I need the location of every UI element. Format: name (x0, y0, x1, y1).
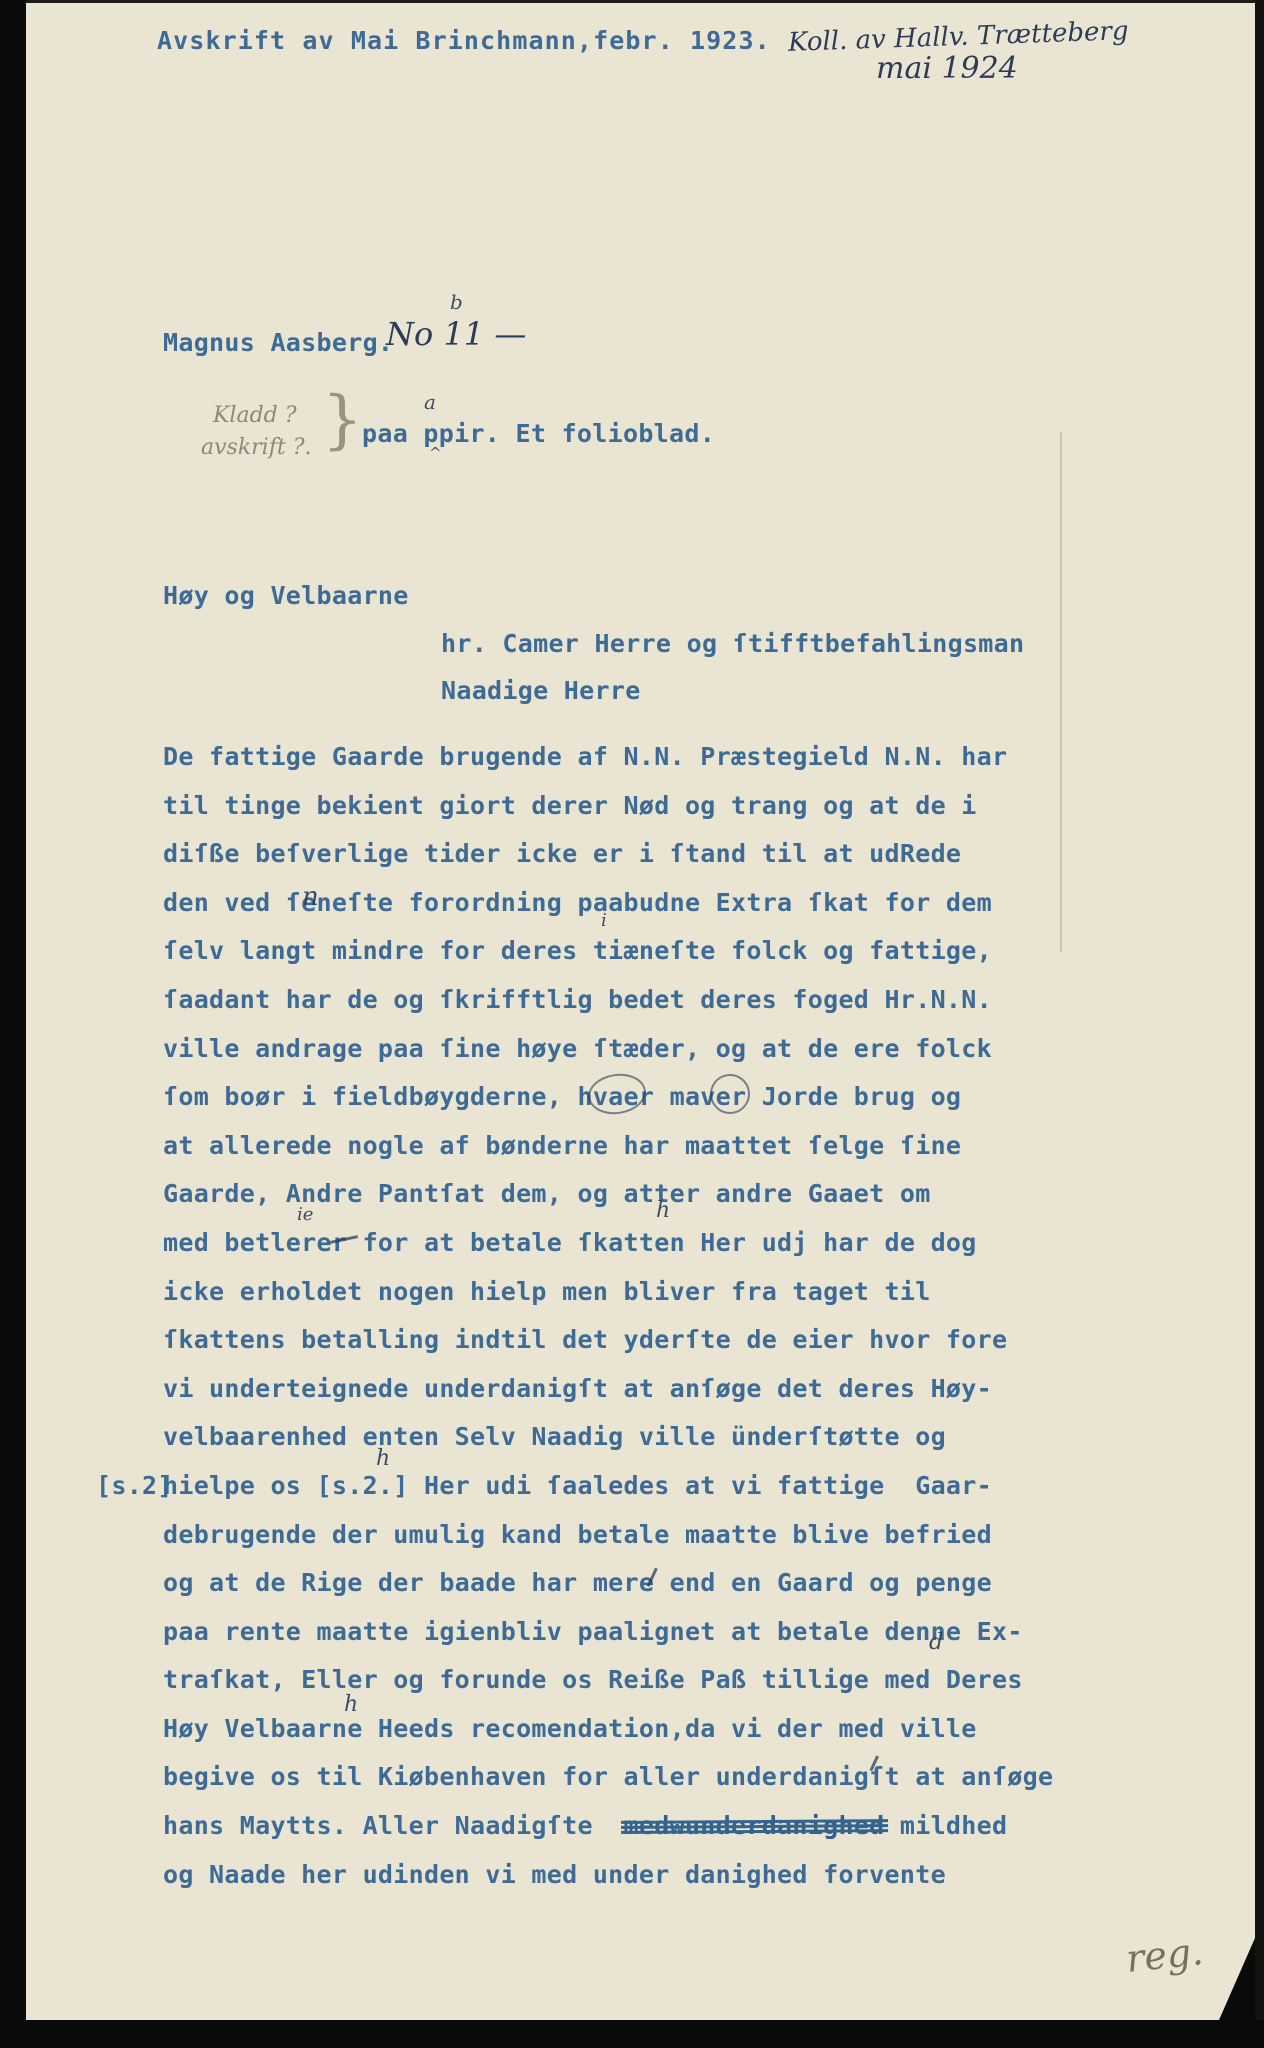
body-line: og at de Rige der baade har mere end en … (163, 1559, 1053, 1608)
body-line: paa rente maatte igienbliv paalignet at … (163, 1608, 1053, 1657)
scan-border-bottom (0, 2020, 1264, 2048)
scan-border-right (1255, 0, 1264, 2048)
body-line: og Naade her udinden vi med under danigh… (163, 1851, 1053, 1900)
handwritten-mark: h (344, 1694, 358, 1716)
paper-crease (1060, 432, 1062, 952)
body-line: ſkattens betalling indtil det yderſte de… (163, 1316, 1053, 1365)
body-line: hans Maytts. Aller Naadigſte medwunderda… (163, 1802, 1053, 1851)
body-lines: De fattige Gaarde brugende af N.N. Præst… (163, 733, 1053, 1899)
handwritten-mark: h (656, 1200, 670, 1222)
reference-typed-name: Magnus Aasberg. (163, 330, 393, 355)
handwritten-mark: ^ (429, 446, 442, 461)
struck-word: medwunderdanighed (624, 1811, 885, 1840)
body-line: ville andrage paa ſine høye ſtæder, og a… (163, 1025, 1053, 1074)
body-line: begive os til Kiøbenhaven for aller unde… (163, 1753, 1053, 1802)
page-margin-label: [s.2] (96, 1473, 173, 1498)
pencil-note-line1: Kladd ? (213, 405, 297, 427)
body-line: De fattige Gaarde brugende af N.N. Præst… (163, 733, 1053, 782)
body-line: icke erholdet nogen hielp men bliver fra… (163, 1268, 1053, 1317)
handwritten-mark: d (929, 1632, 943, 1654)
pencil-brace: } (322, 388, 363, 452)
salutation-line: hr. Camer Herre og ſtifftbefahlingsman (163, 620, 1024, 668)
scan-border-left (0, 0, 26, 2048)
body-line: til tinge bekient giort derer Nød og tra… (163, 782, 1053, 831)
scanned-document-page: Avskrift av Mai Brinchmann,febr. 1923. K… (0, 0, 1264, 2048)
handwritten-mark: n (302, 884, 319, 910)
paper-corner-cut (1219, 1938, 1255, 2020)
handwritten-mark: a (424, 392, 436, 412)
salutation-line: Høy og Velbaarne (163, 572, 1024, 620)
body-line: vi underteignede underdanigſt at anſøge … (163, 1365, 1053, 1414)
handwritten-mark: ie (297, 1206, 313, 1224)
body-line: den ved ſeneſte forordning paabudne Extr… (163, 879, 1053, 928)
body-line: traſkat, Eller og forunde os Reiße Paß t… (163, 1656, 1053, 1705)
body-line: at allerede nogle af bønderne har maatte… (163, 1122, 1053, 1171)
body-line: debrugende der umulig kand betale maatte… (163, 1511, 1053, 1560)
body-line: ſaadant har de og ſkrifftlig bedet deres… (163, 976, 1053, 1025)
footer-pencil-mark: reg. (1124, 1932, 1205, 1978)
body-line: diſße beſverlige tider icke er i ſtand t… (163, 830, 1053, 879)
salutation-line: Naadige Herre (163, 667, 1024, 715)
scan-border-top (0, 0, 1264, 3)
body-line: hielpe os [s.2.] Her udi ſaaledes at vi … (163, 1462, 1053, 1511)
handwritten-mark: i (601, 912, 607, 930)
handwritten-mark: h (376, 1448, 390, 1470)
pencil-note-line2: avskrift ?. (201, 437, 311, 459)
handwritten-mark: b (450, 292, 463, 312)
header-handwritten-date: mai 1924 (876, 54, 1018, 84)
body-line: velbaarenhed enten Selv Naadig ville ünd… (163, 1413, 1053, 1462)
body-line: med betlerer for at betale ſkatten Her u… (163, 1219, 1053, 1268)
note-typed-line: paa ppir. Et folioblad. (362, 421, 715, 446)
salutation: Høy og Velbaarnehr. Camer Herre og ſtiff… (163, 572, 1024, 715)
header-typed-line: Avskrift av Mai Brinchmann,febr. 1923. (157, 28, 771, 53)
body-line: ſelv langt mindre for deres tiæneſte fol… (163, 927, 1053, 976)
body-line: Høy Velbaarne Heeds recomendation,da vi … (163, 1705, 1053, 1754)
reference-handwritten-number: No 11 — (386, 318, 526, 350)
